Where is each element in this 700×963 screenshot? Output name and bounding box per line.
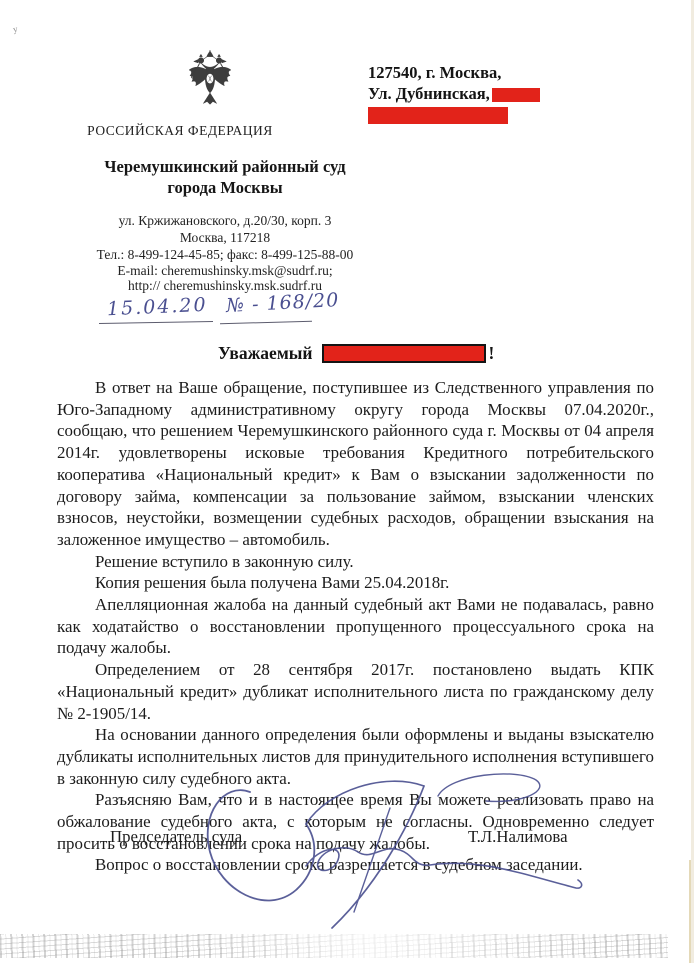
body-paragraph: Решение вступило в законную силу. [57, 551, 654, 573]
greeting-exclamation: ! [488, 343, 494, 364]
coat-of-arms-icon [186, 50, 234, 112]
court-street: ул. Кржижановского, д.20/30, корп. 3 [45, 213, 405, 230]
body-paragraph: В ответ на Ваше обращение, поступившее и… [57, 377, 654, 551]
recipient-address: 127540, г. Москва, Ул. Дубнинская, [368, 62, 540, 124]
scan-corner-mark: y [12, 24, 18, 35]
court-phone-fax: Тел.: 8-499-124-45-85; факс: 8-499-125-8… [45, 247, 405, 263]
court-address: ул. Кржижановского, д.20/30, корп. 3 Мос… [45, 213, 405, 246]
stamp-number: № - 168/20 [226, 289, 340, 317]
body-paragraph: Копия решения была получена Вами 25.04.2… [57, 572, 654, 594]
court-contacts: Тел.: 8-499-124-45-85; факс: 8-499-125-8… [45, 247, 405, 294]
court-city-zip: Москва, 117218 [45, 230, 405, 247]
redaction-block-name [368, 107, 508, 124]
redaction-block-addressee [322, 344, 486, 363]
redaction-block-house [492, 88, 540, 102]
court-website: http:// cheremushinsky.msk.sudrf.ru [45, 278, 405, 294]
court-name-line2: города Москвы [45, 177, 405, 198]
scan-artifact-band [0, 934, 668, 958]
scan-edge-shadow [689, 860, 691, 963]
court-name-line1: Черемушкинский районный суд [45, 156, 405, 177]
recipient-line2: Ул. Дубнинская, [368, 83, 540, 104]
body-paragraph: Вопрос о восстановлении срока разрешаетс… [57, 854, 654, 876]
body-paragraph: На основании данного определения были оф… [57, 724, 654, 789]
signer-position: Председатель суда [110, 827, 242, 847]
stamp-underline-date [99, 321, 213, 324]
scan-edge-line [691, 0, 694, 963]
scanned-court-letter: { "page": { "corner_mark": "y" }, "lette… [0, 0, 700, 963]
stamp-date: 15.04.20 [107, 294, 208, 320]
country-label: РОССИЙСКАЯ ФЕДЕРАЦИЯ [60, 123, 300, 139]
stamp-underline-number [220, 321, 312, 324]
letter-body: В ответ на Ваше обращение, поступившее и… [57, 377, 654, 876]
court-email: E-mail: cheremushinsky.msk@sudrf.ru; [45, 263, 405, 279]
signer-name: Т.Л.Налимова [468, 827, 568, 847]
court-name: Черемушкинский районный суд города Москв… [45, 156, 405, 198]
recipient-line1: 127540, г. Москва, [368, 62, 540, 83]
salutation: Уважаемый [218, 343, 312, 364]
greeting-line: Уважаемый ! [218, 343, 494, 364]
body-paragraph: Определением от 28 сентября 2017г. поста… [57, 659, 654, 724]
body-paragraph: Апелляционная жалоба на данный судебный … [57, 594, 654, 659]
recipient-street: Ул. Дубнинская, [368, 84, 490, 103]
